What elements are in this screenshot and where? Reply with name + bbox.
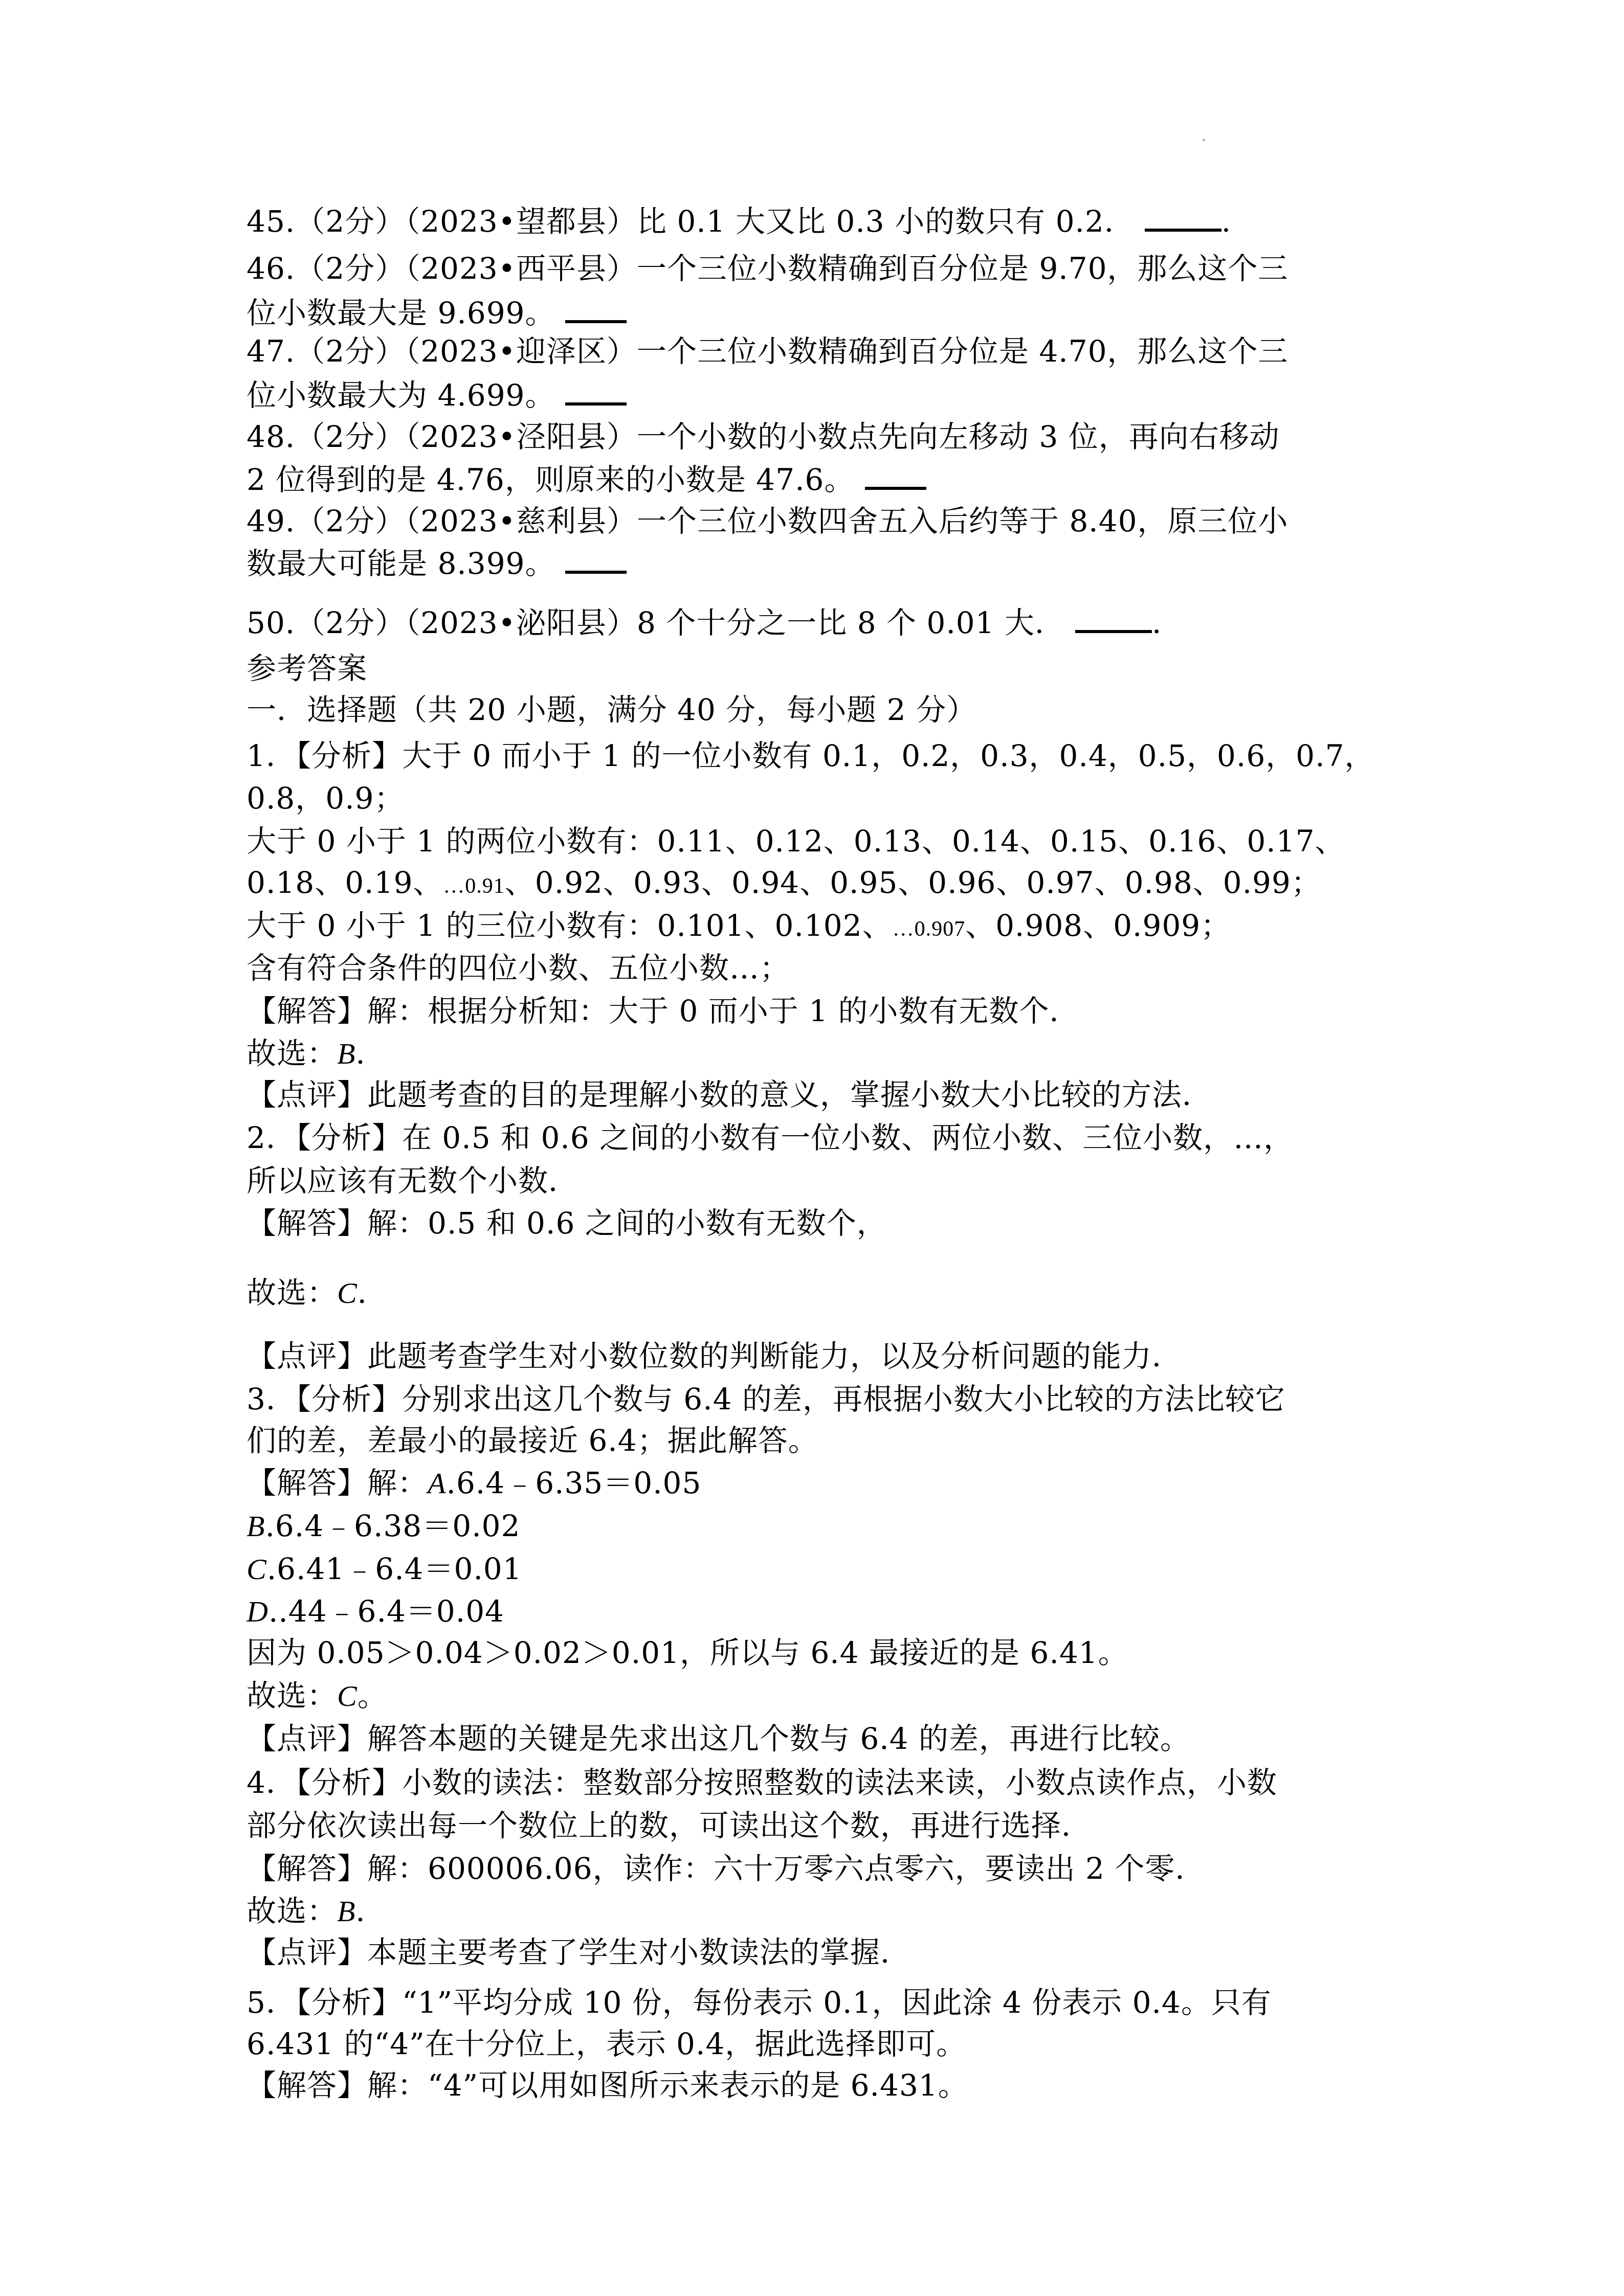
text: 、0.92、0.93、0.94、0.95、0.96、0.97、0.98、0.99… bbox=[505, 865, 1321, 900]
answer-2-comment: 【点评】此题考查学生对小数位数的判断能力，以及分析问题的能力． bbox=[247, 1336, 1182, 1377]
answer-4-solution: 【解答】解：600006.06，读作：六十万零六点零六，要读出 2 个零． bbox=[247, 1848, 1205, 1889]
question-source: （2023•望都县） bbox=[405, 204, 637, 239]
question-score: （2分） bbox=[295, 419, 405, 454]
answer-1-comment: 【点评】此题考查的目的是理解小数的意义，掌握小数大小比较的方法． bbox=[247, 1074, 1212, 1115]
answer-blank[interactable] bbox=[565, 544, 627, 574]
punctuation: ． bbox=[358, 1275, 388, 1310]
answer-4-comment: 【点评】本题主要考查了学生对小数读法的掌握． bbox=[247, 1932, 910, 1973]
answer-3-analysis-cont: 们的差，差最小的最接近 6.4；据此解答。 bbox=[247, 1420, 818, 1461]
question-text: 一个三位小数精确到百分位是 4.70，那么这个三 bbox=[637, 334, 1288, 369]
question-number: 50. bbox=[247, 605, 295, 640]
answer-1-choice: 故选：B． bbox=[247, 1033, 386, 1074]
question-number: 47. bbox=[247, 334, 295, 369]
answer-2-solution: 【解答】解：0.5 和 0.6 之间的小数有无数个， bbox=[247, 1203, 887, 1244]
answer-3-option-c: C.6.41﹣6.4＝0.01 bbox=[247, 1548, 522, 1589]
answer-3-option-b: B.6.4﹣6.38＝0.02 bbox=[247, 1505, 520, 1546]
question-text: 2 位得到的是 4.76，则原来的小数是 47.6。 bbox=[247, 462, 855, 497]
option-expression: ..44﹣6.4＝0.04 bbox=[269, 1594, 504, 1629]
answer-2-analysis-cont: 所以应该有无数个小数． bbox=[247, 1160, 579, 1201]
answer-3-analysis: 3．【分析】分别求出这几个数与 6.4 的差，再根据小数大小比较的方法比较它 bbox=[247, 1379, 1285, 1420]
answer-4-analysis: 4．【分析】小数的读法：整数部分按照整数的读法来读，小数点读作点，小数 bbox=[247, 1762, 1277, 1803]
choice-value: B bbox=[337, 1895, 355, 1928]
answer-4-choice: 故选：B． bbox=[247, 1890, 386, 1931]
document-page: 45.（2分）（2023•望都县）比 0.1 大又比 0.3 小的数只有 0.2… bbox=[0, 0, 1624, 2296]
question-source: （2023•迎泽区） bbox=[405, 334, 637, 369]
option-expression: .6.4﹣6.35＝0.05 bbox=[446, 1466, 701, 1500]
punctuation: ． bbox=[355, 1036, 386, 1071]
question-46: 46.（2分）（2023•西平县）一个三位小数精确到百分位是 9.70，那么这个… bbox=[247, 248, 1288, 289]
choice-value: B bbox=[337, 1037, 355, 1070]
answer-1-solution: 【解答】解：根据分析知：大于 0 而小于 1 的小数有无数个． bbox=[247, 991, 1080, 1031]
question-source: （2023•泾阳县） bbox=[405, 419, 637, 454]
question-number: 46. bbox=[247, 251, 295, 286]
choice-label: 故选： bbox=[247, 1894, 337, 1928]
answer-1-analysis: 1．【分析】大于 0 而小于 1 的一位小数有 0.1，0.2，0.3，0.4，… bbox=[247, 735, 1375, 776]
answer-3-comment: 【点评】解答本题的关键是先求出这几个数与 6.4 的差，再进行比较。 bbox=[247, 1718, 1190, 1759]
choice-label: 故选： bbox=[247, 1678, 337, 1713]
question-48: 48.（2分）（2023•泾阳县）一个小数的小数点先向左移动 3 位，再向右移动 bbox=[247, 416, 1280, 457]
question-text: 8 个十分之一比 8 个 0.01 大． bbox=[637, 605, 1065, 640]
question-number: 49. bbox=[247, 504, 295, 538]
question-source: （2023•慈利县） bbox=[405, 504, 637, 538]
answer-3-option-a: 【解答】解：A.6.4﹣6.35＝0.05 bbox=[247, 1462, 701, 1503]
answer-blank[interactable] bbox=[865, 460, 926, 490]
answer-blank[interactable] bbox=[1075, 603, 1152, 633]
option-expression: .6.41﹣6.4＝0.01 bbox=[267, 1551, 522, 1586]
choice-label: 故选： bbox=[247, 1036, 337, 1071]
answer-1-analysis-cont: 0.8，0.9； bbox=[247, 778, 404, 819]
question-text: 比 0.1 大又比 0.3 小的数只有 0.2． bbox=[637, 204, 1134, 239]
answer-5-analysis-cont: 6.431 的“4”在十分位上，表示 0.4，据此选择即可。 bbox=[247, 2023, 966, 2064]
question-score: （2分） bbox=[295, 504, 405, 538]
text: 大于 0 小于 1 的三位小数有：0.101、0.102、 bbox=[247, 908, 893, 943]
section-heading: 一．选择题（共 20 小题，满分 40 分，每小题 2 分） bbox=[247, 689, 976, 730]
solution-label: 【解答】解： bbox=[247, 1466, 428, 1500]
question-source: （2023•泌阳县） bbox=[405, 605, 637, 640]
question-49: 49.（2分）（2023•慈利县）一个三位小数四舍五入后约等于 8.40，原三位… bbox=[247, 501, 1288, 542]
question-text: 位小数最大为 4.699。 bbox=[247, 378, 555, 413]
text: 0.18、0.19、 bbox=[247, 865, 443, 900]
option-expression: .6.4﹣6.38＝0.02 bbox=[265, 1509, 520, 1543]
answer-1-more: 含有符合条件的四位小数、五位小数…； bbox=[247, 948, 790, 988]
question-number: 48. bbox=[247, 419, 295, 454]
answer-3-choice: 故选：C。 bbox=[247, 1675, 388, 1716]
text: 、0.908、0.909； bbox=[965, 908, 1231, 943]
answers-title: 参考答案 bbox=[247, 648, 367, 689]
question-49-cont: 数最大可能是 8.399。 bbox=[247, 543, 627, 584]
punctuation: ． bbox=[1221, 204, 1252, 239]
question-text: 数最大可能是 8.399。 bbox=[247, 546, 555, 581]
question-text: 位小数最大是 9.699。 bbox=[247, 296, 555, 330]
choice-value: C bbox=[337, 1679, 358, 1713]
answer-2-choice: 故选：C． bbox=[247, 1272, 388, 1313]
question-source: （2023•西平县） bbox=[405, 251, 637, 286]
option-label: B bbox=[247, 1510, 265, 1543]
answer-1-two-digit: 大于 0 小于 1 的两位小数有：0.11、0.12、0.13、0.14、0.1… bbox=[247, 821, 1345, 862]
answer-blank[interactable] bbox=[1145, 202, 1221, 232]
question-text: 一个小数的小数点先向左移动 3 位，再向右移动 bbox=[637, 419, 1280, 454]
question-50: 50.（2分）（2023•泌阳县）8 个十分之一比 8 个 0.01 大．． bbox=[247, 602, 1182, 643]
question-text: 一个三位小数精确到百分位是 9.70，那么这个三 bbox=[637, 251, 1288, 286]
answer-1-two-digit-cont: 0.18、0.19、…0.91、0.92、0.93、0.94、0.95、0.96… bbox=[247, 862, 1321, 903]
question-48-cont: 2 位得到的是 4.76，则原来的小数是 47.6。 bbox=[247, 459, 926, 500]
ellipsis-value: …0.91 bbox=[443, 874, 505, 898]
answer-3-because: 因为 0.05＞0.04＞0.02＞0.01，所以与 6.4 最接近的是 6.4… bbox=[247, 1632, 1128, 1673]
ellipsis-value: …0.907 bbox=[893, 917, 966, 941]
question-score: （2分） bbox=[295, 204, 405, 239]
choice-label: 故选： bbox=[247, 1275, 337, 1310]
question-45: 45.（2分）（2023•望都县）比 0.1 大又比 0.3 小的数只有 0.2… bbox=[247, 201, 1252, 242]
question-score: （2分） bbox=[295, 334, 405, 369]
question-47-cont: 位小数最大为 4.699。 bbox=[247, 375, 627, 416]
punctuation: ． bbox=[355, 1894, 386, 1928]
answer-3-option-d: D..44﹣6.4＝0.04 bbox=[247, 1591, 504, 1632]
answer-5-solution: 【解答】解：“4”可以用如图所示来表示的是 6.431。 bbox=[247, 2065, 968, 2106]
answer-blank[interactable] bbox=[565, 294, 627, 323]
option-label: C bbox=[247, 1552, 267, 1586]
punctuation: ． bbox=[1152, 605, 1182, 640]
question-47: 47.（2分）（2023•迎泽区）一个三位小数精确到百分位是 4.70，那么这个… bbox=[247, 331, 1288, 372]
question-score: （2分） bbox=[295, 605, 405, 640]
answer-4-analysis-cont: 部分依次读出每一个数位上的数，可读出这个数，再进行选择． bbox=[247, 1805, 1092, 1846]
punctuation: 。 bbox=[358, 1678, 388, 1713]
scan-speck bbox=[1203, 139, 1205, 141]
question-text: 一个三位小数四舍五入后约等于 8.40，原三位小 bbox=[637, 504, 1288, 538]
answer-1-three-digit: 大于 0 小于 1 的三位小数有：0.101、0.102、…0.907、0.90… bbox=[247, 905, 1231, 946]
question-46-cont: 位小数最大是 9.699。 bbox=[247, 292, 627, 333]
choice-value: C bbox=[337, 1276, 358, 1310]
answer-5-analysis: 5．【分析】“1”平均分成 10 份，每份表示 0.1，因此涂 4 份表示 0.… bbox=[247, 1982, 1272, 2023]
question-score: （2分） bbox=[295, 251, 405, 286]
option-label: A bbox=[428, 1467, 446, 1500]
question-number: 45. bbox=[247, 204, 295, 239]
option-label: D bbox=[247, 1595, 269, 1628]
answer-2-analysis: 2．【分析】在 0.5 和 0.6 之间的小数有一位小数、两位小数、三位小数，…… bbox=[247, 1117, 1294, 1158]
answer-blank[interactable] bbox=[565, 376, 627, 406]
